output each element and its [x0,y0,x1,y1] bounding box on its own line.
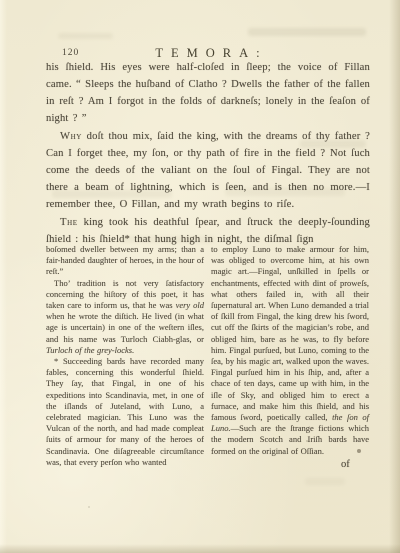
footnote-shield-note-right: to employ Luno to make armour for him, w… [211,244,369,457]
footnote-continuation: boſomed dweller between my arms; than a … [46,244,204,278]
paragraph-why-dost-text: doſt thou mix, ſaid the king, with the d… [46,131,370,210]
ghost-text-smudge [305,478,345,485]
footnote-shield-note-left-text: * Succeeding bards have recorded many fa… [46,356,204,467]
footnote-tradition: Tho’ tradition is not very ſatisfactory … [46,278,204,356]
main-text-block: his ſhield. His eyes were half-cloſed in… [46,59,370,249]
page-edge-left [0,0,7,553]
footnote-shield-note-right-text: to employ Luno to make armour for him, w… [211,244,369,422]
footnote-shield-note-left: * Succeeding bards have recorded many fa… [46,356,204,468]
ghost-text-smudge [248,28,366,36]
footnote-italic-very-old: very old [176,300,204,310]
footnote-column-left: boſomed dweller between my arms; than a … [46,244,204,468]
ink-speck [88,506,90,508]
footnote-column-right: to employ Luno to make armour for him, w… [211,244,369,457]
page-edge-bottom [0,544,400,553]
paragraph-king-shield-text: king took his deathful ſpear, and ſtruck… [46,217,370,245]
footnote-italic-turloch: Turloch of the grey-locks. [46,345,134,355]
paragraph-why-dost: Why doſt thou mix, ſaid the king, with t… [46,128,370,213]
book-page-scan: 120 TEMORA: his ſhield. His eyes were ha… [0,0,400,553]
paragraph-king-shield: The king took his deathful ſpear, and ſt… [46,214,370,248]
footnote-continuation-text: boſomed dweller between my arms; than a … [46,244,204,276]
page-number: 120 [62,48,79,58]
small-caps-lead-word: Why [60,131,82,142]
paragraph-continuation-text: his ſhield. His eyes were half-cloſed in… [46,62,370,124]
footnote-tradition-text: when he wrote the diſtich. He lived (in … [46,311,204,343]
ghost-text-smudge [58,33,113,39]
paragraph-continuation: his ſhield. His eyes were half-cloſed in… [46,59,370,127]
page-edge-right [389,0,400,553]
footnote-shield-note-right-text: —Such are the ſtrange fictions which the… [211,423,369,455]
catchword: of [341,459,350,470]
small-caps-lead-word: The [60,217,78,228]
